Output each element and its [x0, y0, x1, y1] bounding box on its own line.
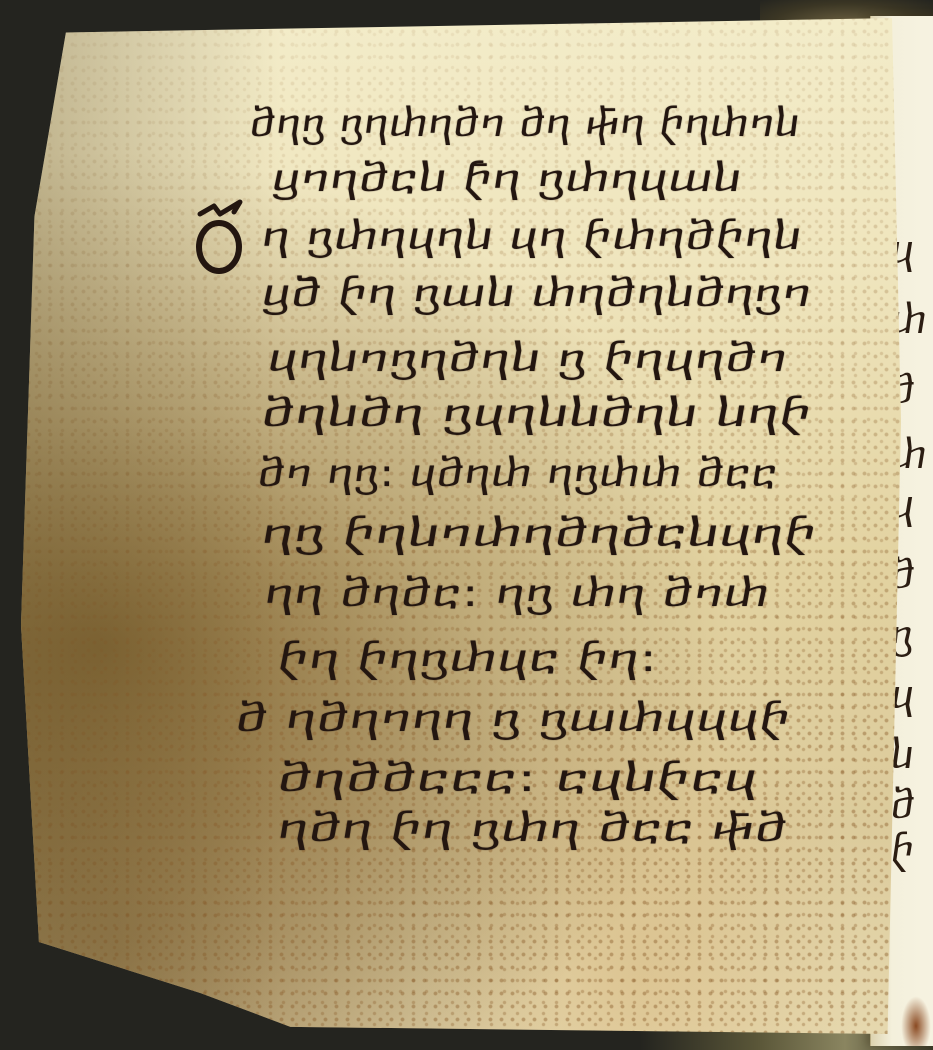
manuscript-photo: ⴗ ⴐ ⴋ ⴐ ⴗ ⴋ ⴂ ⴗ ⴑ ⴋ ⴡ ⴋⴄⴂ ⴂⴄⴐⴄⴋⴈ ⴋⴄ ⴕ̄ⴄ … — [0, 0, 933, 1050]
manuscript-line: ⴁⴋ̄ ⴡⴄ ⴂⴍⴑ ⴐⴄⴋⴄⴑⴋⴄⴂⴈ — [262, 275, 812, 312]
manuscript-line: ⴋ ⴄⴋⴄⴈⴄⴄ ⴂ ⴂⴍⴐⴗⴗⴗⴡ — [236, 700, 791, 737]
manuscript-line: ⴁⴈⴄⴋⴀⴑ ⴡ̄ⴄ ⴂⴐⴄⴗⴍⴑ — [272, 160, 742, 197]
manuscript-line: ⴗⴄⴑⴈⴂⴄⴋⴄⴑ ⴂ ⴡⴄⴗⴄⴋⴈ — [268, 340, 788, 377]
manuscript-line: ⴄ ⴂⴐⴄⴗⴄⴑ ⴗⴄ ⴡⴐⴄⴋⴡⴄⴑ — [262, 218, 802, 255]
manuscript-line: ⴋⴄⴑⴋⴄ ⴂⴗⴄⴑⴑⴋⴄⴑ ⴑⴄⴡ — [262, 395, 812, 432]
manuscript-line: ⴡⴄ ⴡⴄⴂⴐⴗⴀ ⴡⴄ: — [278, 640, 658, 677]
manuscript-line: ⴋⴈ ⴄⴂ: ⴗⴋⴄⴐ ⴄⴂⴐⴐ ⴋⴀⴀ — [258, 455, 778, 492]
manuscript-line: ⴋⴄⴋⴋⴀⴀⴀ: ⴀⴗⴑⴡⴀⴗ — [278, 760, 758, 797]
manuscript-line: ⴄⴄ ⴋⴄⴋⴀ: ⴄⴂ ⴐⴄ ⴋⴈⴐ — [265, 575, 770, 612]
manuscript-text-block: ⴋⴄⴂ ⴂⴄⴐⴄⴋⴈ ⴋⴄ ⴕ̄ⴄ ⴡⴄⴐⴈⴑ ⴁⴈⴄⴋⴀⴑ ⴡ̄ⴄ ⴂⴐⴄⴗⴍ… — [0, 0, 933, 1050]
manuscript-line: ⴋⴄⴂ ⴂⴄⴐⴄⴋⴈ ⴋⴄ ⴕ̄ⴄ ⴡⴄⴐⴈⴑ — [250, 105, 800, 142]
manuscript-line: ⴄⴋⴄ ⴡⴄ ⴂⴐⴄ ⴋⴀⴀ ⴕ̄ⴋ — [278, 810, 788, 847]
manuscript-line: ⴄⴂ ⴡⴄⴑⴈⴐⴄⴋⴄⴋⴀⴑⴗⴄⴡ — [262, 515, 817, 552]
